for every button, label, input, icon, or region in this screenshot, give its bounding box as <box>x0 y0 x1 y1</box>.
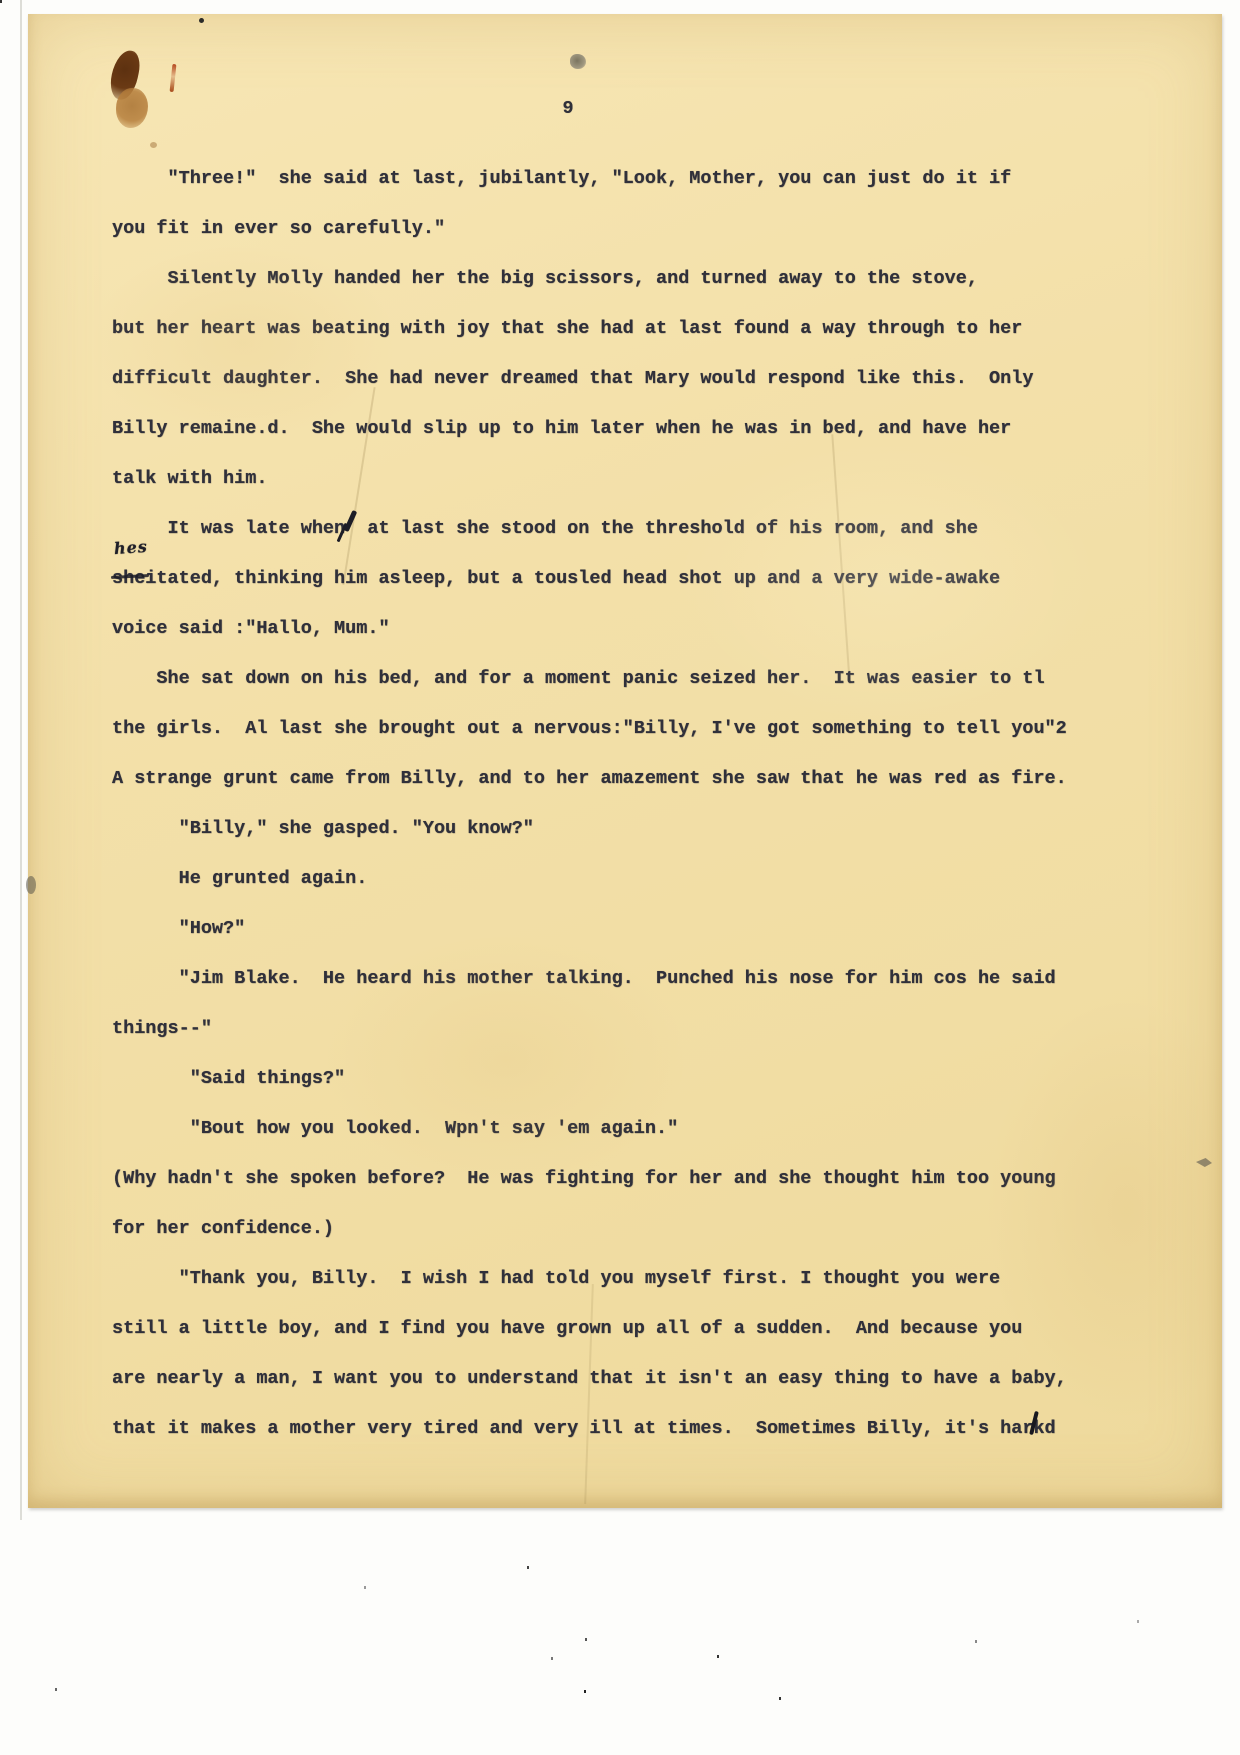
stain-blob-light <box>116 88 148 128</box>
typewritten-text: "Three!" she said at last, jubilantly, "… <box>112 154 1067 1454</box>
text-line: "Said things?" <box>112 1054 1067 1104</box>
scan-specks <box>0 0 2 3</box>
text-line: difficult daughter. She had never dreame… <box>112 354 1067 404</box>
handwritten-correction: hes <box>113 537 148 558</box>
text-line: "Three!" she said at last, jubilantly, "… <box>112 154 1067 204</box>
text-line: "Jim Blake. He heard his mother talking.… <box>112 954 1067 1004</box>
red-pen-mark <box>170 64 177 92</box>
text-line: He grunted again. <box>112 854 1067 904</box>
text-line: Billy remaine.d. She would slip up to hi… <box>112 404 1067 454</box>
scanned-page: 9 "Three!" she said at last, jubilantly,… <box>0 0 1240 1755</box>
text-line: It was late when at last she stood on th… <box>112 504 1067 554</box>
text-line: She sat down on his bed, and for a momen… <box>112 654 1067 704</box>
stain-dot <box>150 142 157 148</box>
edge-blot <box>26 876 36 894</box>
text-line: A strange grunt came from Billy, and to … <box>112 754 1067 804</box>
text-line: sheitated, thinking him asleep, but a to… <box>112 554 1067 604</box>
text-line: (Why hadn't she spoken before? He was fi… <box>112 1154 1067 1204</box>
text-line: "How?" <box>112 904 1067 954</box>
page-number: 9 <box>533 98 603 119</box>
text-line: "Bout how you looked. Wpn't say 'em agai… <box>112 1104 1067 1154</box>
text-line: "Billy," she gasped. "You know?" <box>112 804 1067 854</box>
paper-sheet: 9 "Three!" she said at last, jubilantly,… <box>28 14 1222 1508</box>
text-line: but her heart was beating with joy that … <box>112 304 1067 354</box>
text-line: the girls. Al last she brought out a ner… <box>112 704 1067 754</box>
smudge-mark <box>570 54 586 69</box>
margin-mark <box>1196 1158 1212 1167</box>
text-line: "Thank you, Billy. I wish I had told you… <box>112 1254 1067 1304</box>
text-line: talk with him. <box>112 454 1067 504</box>
punch-dot <box>199 18 204 23</box>
text-line: for her confidence.) <box>112 1204 1067 1254</box>
text-line: voice said :"Hallo, Mum." <box>112 604 1067 654</box>
text-line: Silently Molly handed her the big scisso… <box>112 254 1067 304</box>
text-line: you fit in ever so carefully." <box>112 204 1067 254</box>
text-line: still a little boy, and I find you have … <box>112 1304 1067 1354</box>
text-line: things--" <box>112 1004 1067 1054</box>
text-line: are nearly a man, I want you to understa… <box>112 1354 1067 1404</box>
text-line: that it makes a mother very tired and ve… <box>112 1404 1067 1454</box>
